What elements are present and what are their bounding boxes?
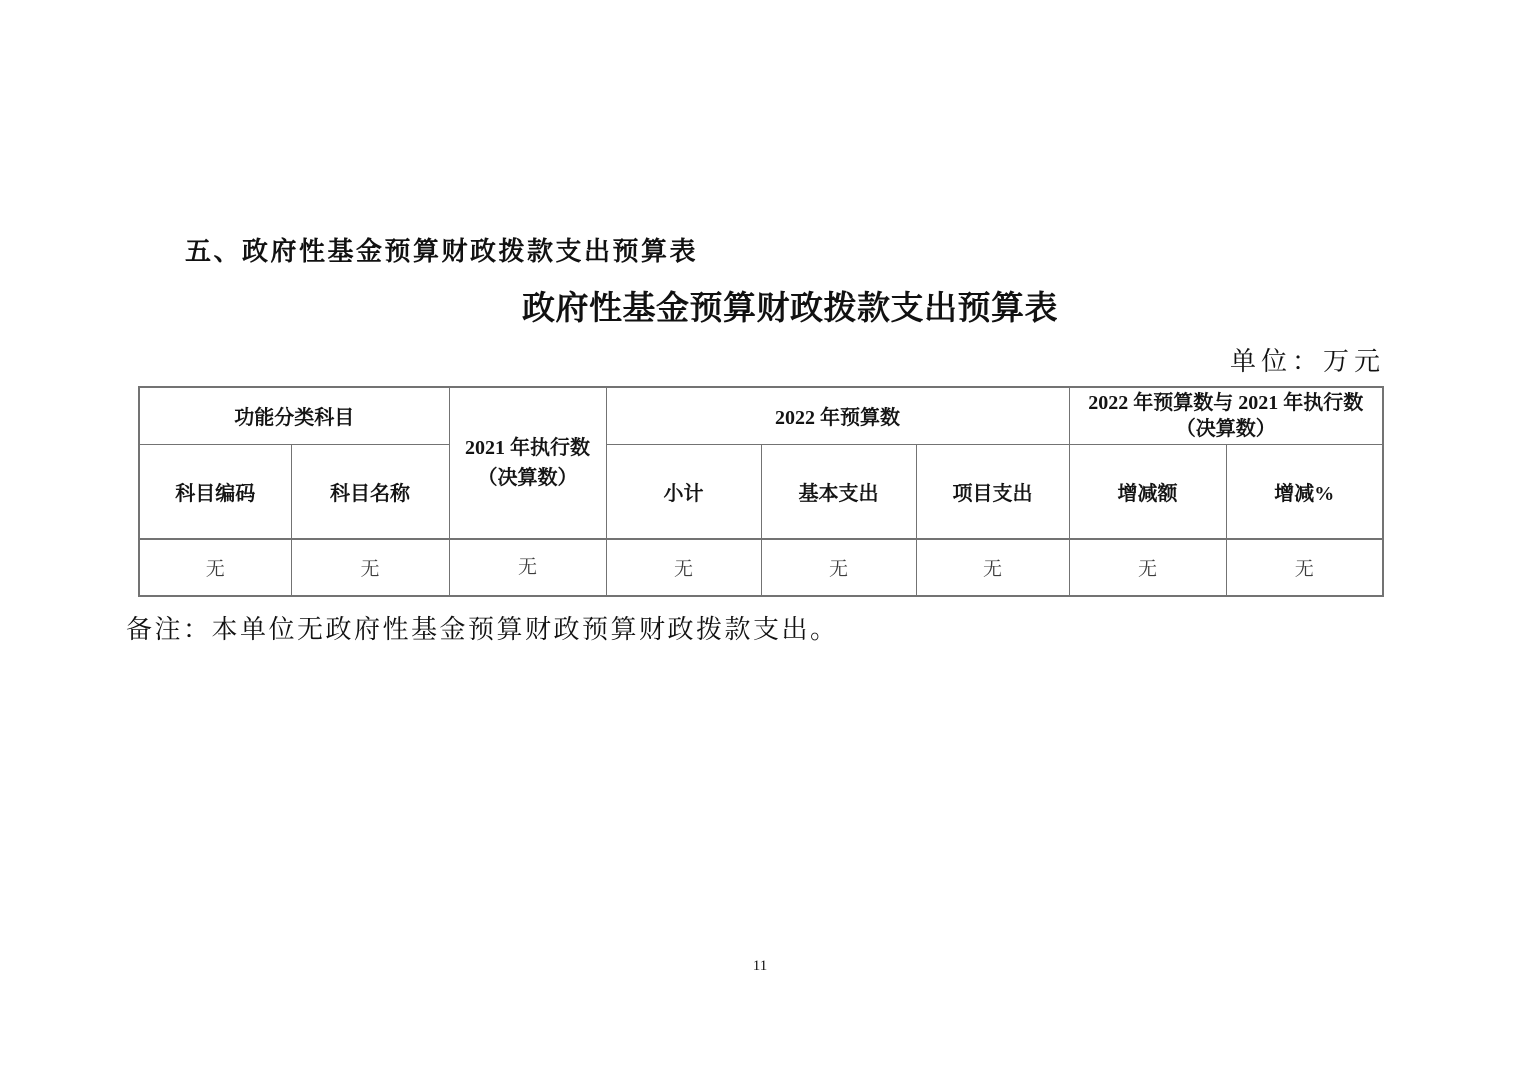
cell-subject-code-value: 无	[139, 539, 291, 596]
note: 备注：本单位无政府性基金预算财政预算财政拨款支出。	[126, 609, 839, 646]
cell-execution-2021-value: 无	[449, 539, 606, 596]
header-comparison-line1: 2022 年预算数与 2021 年执行数	[1070, 390, 1383, 416]
subheader-change-percent: 增减%	[1226, 444, 1383, 539]
table-header-group-row: 功能分类科目 2021 年执行数 （决算数） 2022 年预算数 2022 年预…	[139, 387, 1383, 444]
subheader-project-expenditure: 项目支出	[916, 444, 1069, 539]
subheader-subject-code: 科目编码	[139, 444, 291, 539]
cell-subtotal-value: 无	[606, 539, 761, 596]
subheader-subject-name: 科目名称	[291, 444, 449, 539]
section-heading: 五、政府性基金预算财政拨款支出预算表	[185, 231, 698, 268]
table-data-row: 无 无 无 无 无 无 无 无	[139, 539, 1383, 596]
header-function-classification: 功能分类科目	[139, 387, 449, 444]
cell-change-amount-value: 无	[1069, 539, 1226, 596]
header-execution-2021: 2021 年执行数 （决算数）	[449, 387, 606, 539]
cell-change-percent-value: 无	[1226, 539, 1383, 596]
subheader-subtotal: 小计	[606, 444, 761, 539]
header-comparison-line2: （决算数）	[1070, 416, 1383, 442]
cell-project-expenditure-value: 无	[916, 539, 1069, 596]
table-subheader-row: 科目编码 科目名称 小计 基本支出 项目支出 增减额 增减%	[139, 444, 1383, 539]
budget-table: 功能分类科目 2021 年执行数 （决算数） 2022 年预算数 2022 年预…	[138, 386, 1384, 597]
header-comparison: 2022 年预算数与 2021 年执行数 （决算数）	[1069, 387, 1383, 444]
page-number: 11	[0, 958, 1520, 975]
document-page: 五、政府性基金预算财政拨款支出预算表 政府性基金预算财政拨款支出预算表 单位：万…	[0, 0, 1520, 1074]
table-title: 政府性基金预算财政拨款支出预算表	[160, 282, 1420, 329]
cell-basic-expenditure-value: 无	[761, 539, 916, 596]
unit-label: 单位：万元	[1230, 341, 1385, 378]
header-execution-2021-line1: 2021 年执行数	[450, 433, 606, 463]
header-execution-2021-line2: （决算数）	[450, 463, 606, 493]
subheader-basic-expenditure: 基本支出	[761, 444, 916, 539]
cell-subject-name-value: 无	[291, 539, 449, 596]
subheader-change-amount: 增减额	[1069, 444, 1226, 539]
header-budget-2022: 2022 年预算数	[606, 387, 1069, 444]
